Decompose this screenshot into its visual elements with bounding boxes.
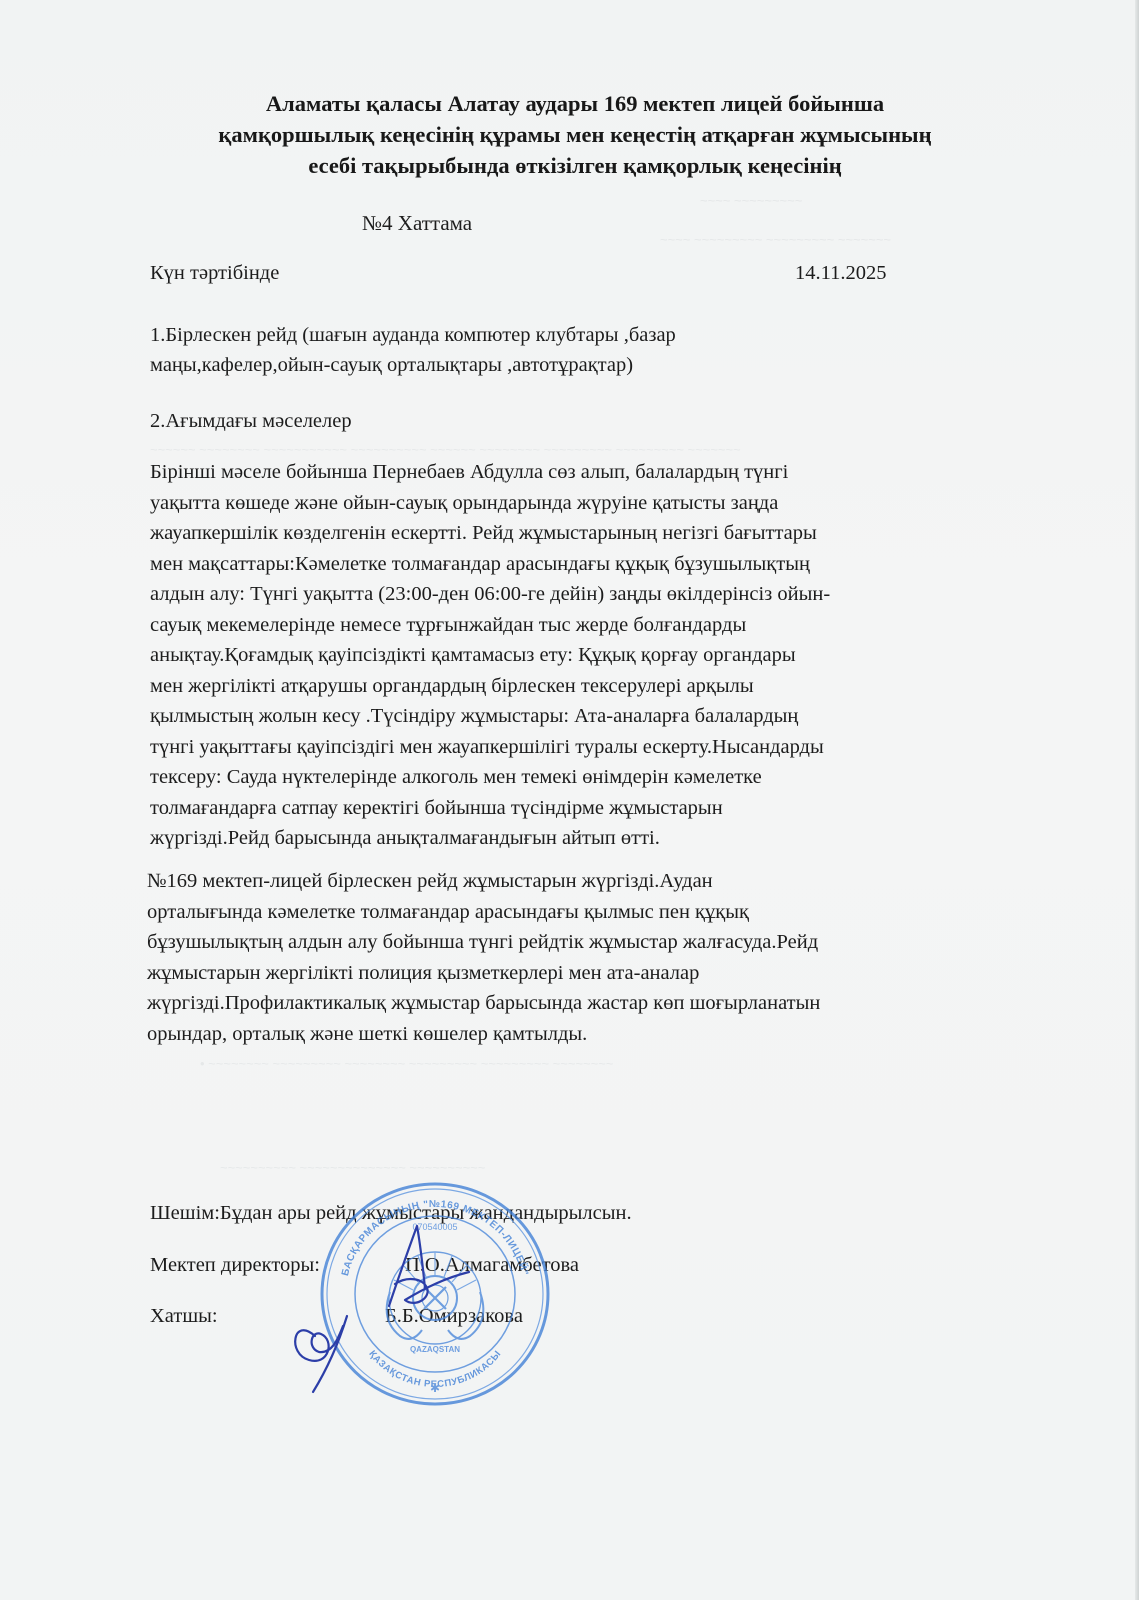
secretary-signature-line: Хатшы: Б.Б.Омирзакова (150, 1305, 750, 1328)
paragraph-school-raid: №169 мектеп-лицей бірлескен рейд жұмыста… (147, 866, 820, 1049)
paragraph-line: уақытта көшеде және ойын-сауық орындарын… (150, 488, 830, 519)
document-title: Аламаты қаласы Алатау аудары 169 мектеп … (150, 88, 1000, 181)
document-page: ~~~~ ~~~~~~~~~ ~~~~ ~~~~~~~~~ ~~~~~~~~~ … (0, 0, 1139, 1600)
paragraph-line: алдын алу: Түнгі уақытта (23:00-ден 06:0… (150, 579, 830, 610)
director-label: Мектеп директоры: (150, 1254, 320, 1276)
paragraph-line: түнгі уақыттағы қауіпсіздігі мен жауапке… (150, 732, 830, 763)
paragraph-line: сауық мекемелерінде немесе тұрғынжайдан … (150, 610, 830, 641)
bleed-through-text: ~~~~~~ ~~~~~~~~ ~~~~~~~~~~~ ~~~~~~~~~~ ~… (150, 442, 741, 457)
paragraph-line: тексеру: Сауда нүктелерінде алкоголь мен… (150, 762, 830, 793)
paragraph-line: Бірінші мәселе бойынша Пернебаев Абдулла… (150, 457, 830, 488)
agenda-line: 1.Бірлескен рейд (шағын ауданда компютер… (150, 320, 676, 350)
paragraph-line: орындар, орталық және шеткі көшелер қамт… (147, 1019, 820, 1050)
paragraph-line: №169 мектеп-лицей бірлескен рейд жұмыста… (147, 866, 820, 897)
paragraph-line: жүргізді.Рейд барысында анықталмағандығы… (150, 823, 830, 854)
bleed-through-text: ~~~~~~~~~~ ~~~~~~~~~~~~~~ ~~~~~~~~~~ (220, 1160, 485, 1175)
paragraph-line: жұмыстарын жергілікті полиция қызметкерл… (147, 958, 820, 989)
title-line: есебі тақырыбында өткізілген қамқорлық к… (150, 150, 1000, 181)
paragraph-line: жүргізді.Профилактикалық жұмыстар барысы… (147, 988, 820, 1019)
agenda-line: маңы,кафелер,ойын-сауық орталықтары ,авт… (150, 350, 676, 380)
paragraph-line: орталығында кәмелетке толмағандар арасын… (147, 897, 820, 928)
bleed-through-text: ~~~~ ~~~~~~~~~ ~~~~~~~~~ ~~~~~~~ (660, 232, 891, 247)
stamp-asterisk-icon: ✱ (430, 1381, 440, 1395)
paragraph-line: анықтау.Қоғамдық қауіпсіздікті қамтамасы… (150, 640, 830, 671)
paragraph-line: жауапкершілік көзделгенін ескертті. Рейд… (150, 518, 830, 549)
page-edge (1135, 0, 1139, 1600)
agenda-label: Күн тәртібінде (150, 262, 279, 285)
protocol-number: №4 Хаттама (362, 211, 472, 236)
paragraph-first-issue: Бірінші мәселе бойынша Пернебаев Абдулла… (150, 457, 830, 854)
title-line: Аламаты қаласы Алатау аудары 169 мектеп … (150, 88, 1000, 119)
stamp-bottom-text: ҚАЗАҚСТАН РЕСПУБЛИКАСЫ (366, 1349, 503, 1391)
bleed-through-text: • ~~~~~~~~ ~~~~~~~~~ ~~~~~~~~ ~~~~~~~~~ … (200, 1056, 613, 1071)
title-line: қамқоршылық кеңесінің құрамы мен кеңесті… (150, 119, 1000, 150)
paragraph-line: бұзушылықтың алдын алу бойынша түнгі рей… (147, 927, 820, 958)
stamp-center-text: QAZAQSTAN (410, 1345, 460, 1354)
paragraph-line: мен жергілікті атқарушы органдардың бірл… (150, 671, 830, 702)
bleed-through-text: ~~~~ ~~~~~~~~~ (700, 193, 802, 208)
decision-text: Шешім:Бұдан ары рейд жұмыстары жандандыр… (150, 1202, 632, 1225)
document-date: 14.11.2025 (795, 262, 887, 285)
secretary-name: Б.Б.Омирзакова (385, 1305, 523, 1328)
director-signature-line: Мектеп директоры: П.О.Алмагамбетова (150, 1254, 750, 1277)
paragraph-line: қылмыстың жолын кесу .Түсіндіру жұмыстар… (150, 701, 830, 732)
secretary-label: Хатшы: (150, 1305, 218, 1327)
paragraph-line: толмағандарға сатпау керектігі бойынша т… (150, 793, 830, 824)
agenda-item-1: 1.Бірлескен рейд (шағын ауданда компютер… (150, 320, 676, 380)
agenda-item-2: 2.Ағымдағы мәселелер (150, 410, 352, 433)
svg-text:ҚАЗАҚСТАН РЕСПУБЛИКАСЫ: ҚАЗАҚСТАН РЕСПУБЛИКАСЫ (366, 1349, 503, 1391)
paragraph-line: мен мақсаттары:Кәмелетке толмағандар ара… (150, 549, 830, 580)
director-name: П.О.Алмагамбетова (405, 1254, 579, 1277)
